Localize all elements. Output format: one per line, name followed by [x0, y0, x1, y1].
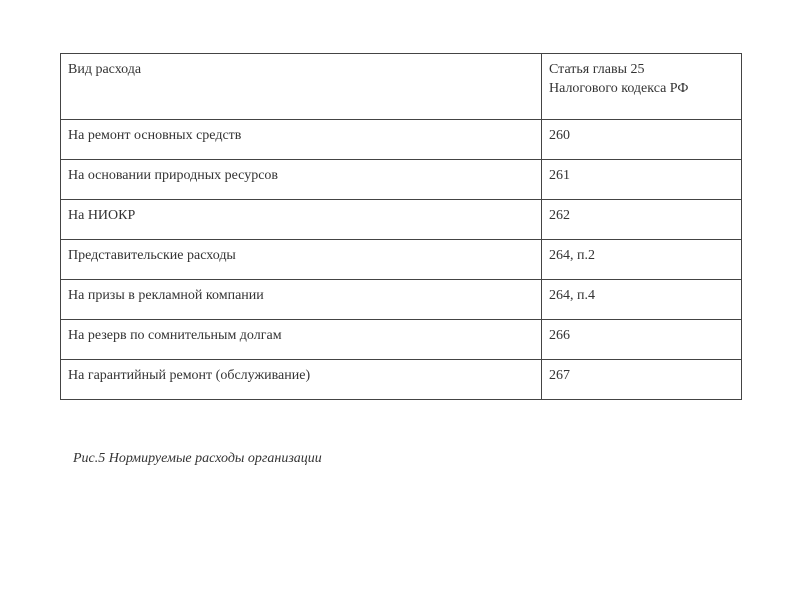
expense-type-cell: На резерв по сомнительным долгам: [61, 320, 542, 360]
tax-article-cell: 264, п.2: [542, 240, 742, 280]
header-tax-article-line1: Статья главы 25: [549, 62, 644, 77]
table-header-row: Вид расхода Статья главы 25 Налогового к…: [61, 54, 742, 120]
header-tax-article: Статья главы 25 Налогового кодекса РФ: [542, 54, 742, 120]
expense-type-cell: На гарантийный ремонт (обслуживание): [61, 360, 542, 400]
table-row: На основании природных ресурсов261: [61, 160, 742, 200]
table-row: На НИОКР262: [61, 200, 742, 240]
tax-article-cell: 267: [542, 360, 742, 400]
tax-article-cell: 266: [542, 320, 742, 360]
table-row: На ремонт основных средств260: [61, 120, 742, 160]
table-row: На гарантийный ремонт (обслуживание)267: [61, 360, 742, 400]
expenses-table: Вид расхода Статья главы 25 Налогового к…: [60, 53, 742, 400]
tax-article-cell: 262: [542, 200, 742, 240]
expense-type-cell: На ремонт основных средств: [61, 120, 542, 160]
table-row: На призы в рекламной компании264, п.4: [61, 280, 742, 320]
table-row: На резерв по сомнительным долгам266: [61, 320, 742, 360]
figure-caption: Рис.5 Нормируемые расходы организации: [73, 451, 322, 467]
expense-type-cell: На призы в рекламной компании: [61, 280, 542, 320]
expense-type-cell: На НИОКР: [61, 200, 542, 240]
tax-article-cell: 264, п.4: [542, 280, 742, 320]
tax-article-cell: 261: [542, 160, 742, 200]
table-row: Представительские расходы264, п.2: [61, 240, 742, 280]
expense-type-cell: Представительские расходы: [61, 240, 542, 280]
header-expense-type: Вид расхода: [61, 54, 542, 120]
header-tax-article-line2: Налогового кодекса РФ: [549, 81, 688, 96]
tax-article-cell: 260: [542, 120, 742, 160]
expense-type-cell: На основании природных ресурсов: [61, 160, 542, 200]
